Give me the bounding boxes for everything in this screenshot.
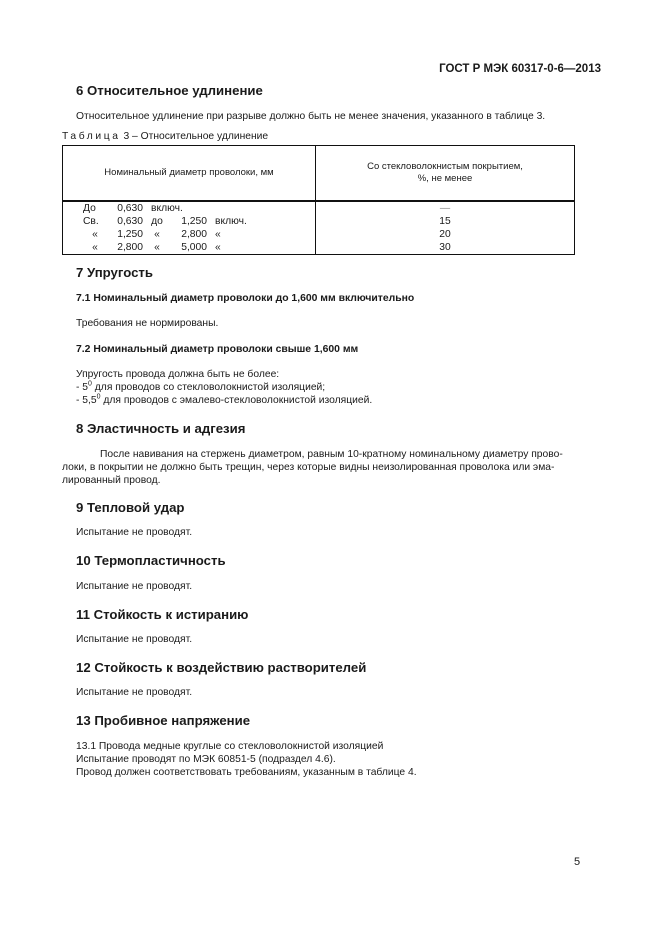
list-item-text: для проводов со стекловолокнистой изоляц… <box>92 382 325 393</box>
elongation-value: 30 <box>316 241 575 255</box>
section-8-line-3: лированный провод. <box>62 475 160 486</box>
subsection-7-2-title: 7.2 Номинальный диаметр проволоки свыше … <box>76 344 358 355</box>
subsection-7-1-text: Требования не нормированы. <box>76 318 218 329</box>
diameter-cell: До0,630включ. <box>63 201 316 215</box>
section-11-title: 11 Стойкость к истиранию <box>76 607 248 622</box>
header-glass-fiber-coating: Со стекловолокнистым покрытием, %, не ме… <box>316 146 575 202</box>
section-6-text: Относительное удлинение при разрыве долж… <box>76 111 545 122</box>
subsection-7-1-title: 7.1 Номинальный диаметр проволоки до 1,6… <box>76 293 414 304</box>
range-from: 0,630 <box>107 202 143 215</box>
section-13-line-3: Провод должен соответствовать требования… <box>76 767 417 778</box>
list-item-text: для проводов с эмалево-стекловолокнистой… <box>101 395 373 406</box>
page-number: 5 <box>574 856 580 868</box>
range-prefix: До <box>63 202 107 215</box>
table-row: «1,250«2,800« 20 <box>63 228 575 241</box>
list-item: - 50 для проводов со стекловолокнистой и… <box>76 382 325 393</box>
elongation-table: Номинальный диаметр проволоки, мм Со сте… <box>62 145 575 255</box>
range-suffix: « <box>207 228 221 241</box>
section-12-text: Испытание не проводят. <box>76 687 192 698</box>
range-from: 2,800 <box>107 241 143 254</box>
table-caption-prefix: Таблица <box>62 131 121 142</box>
header-line-1: Со стекловолокнистым покрытием, <box>317 161 573 173</box>
range-suffix: « <box>207 241 221 254</box>
range-to: 2,800 <box>171 228 207 241</box>
diameter-cell: Св.0,630до1,250включ. <box>63 215 316 228</box>
table-row: «2,800«5,000« 30 <box>63 241 575 255</box>
header-line-2: %, не менее <box>317 173 573 185</box>
table-3-caption: Таблица 3 – Относительное удлинение <box>62 131 268 142</box>
range-from: 1,250 <box>107 228 143 241</box>
section-9-text: Испытание не проводят. <box>76 527 192 538</box>
table-row: Св.0,630до1,250включ. 15 <box>63 215 575 228</box>
section-13-title: 13 Пробивное напряжение <box>76 713 250 728</box>
section-10-title: 10 Термопластичность <box>76 553 226 568</box>
section-13-line-2: Испытание проводят по МЭК 60851-5 (подра… <box>76 754 336 765</box>
range-mid: до <box>143 215 171 228</box>
elongation-value: — <box>316 201 575 215</box>
section-13-line-1: 13.1 Провода медные круглые со стекловол… <box>76 741 383 752</box>
range-from: 0,630 <box>107 215 143 228</box>
table-row: До0,630включ. — <box>63 201 575 215</box>
subsection-7-2-intro: Упругость провода должна быть не более: <box>76 369 279 380</box>
range-to: 5,000 <box>171 241 207 254</box>
range-to: 1,250 <box>171 215 207 228</box>
section-8-title: 8 Эластичность и адгезия <box>76 421 245 436</box>
section-9-title: 9 Тепловой удар <box>76 500 184 515</box>
elongation-value: 20 <box>316 228 575 241</box>
header-nominal-diameter: Номинальный диаметр проволоки, мм <box>63 146 316 202</box>
elongation-value: 15 <box>316 215 575 228</box>
range-suffix: включ. <box>143 202 183 215</box>
list-item: - 5,50 для проводов с эмалево-стекловоло… <box>76 395 372 406</box>
range-mid: « <box>143 228 171 241</box>
section-6-title: 6 Относительное удлинение <box>76 83 263 98</box>
diameter-cell: «2,800«5,000« <box>63 241 316 255</box>
table-caption-title: 3 – Относительное удлинение <box>121 131 269 142</box>
range-prefix: « <box>63 241 107 254</box>
section-8-line-1: После навивания на стержень диаметром, р… <box>100 449 563 460</box>
range-prefix: « <box>63 228 107 241</box>
section-7-title: 7 Упругость <box>76 265 153 280</box>
range-mid: « <box>143 241 171 254</box>
table-header-row: Номинальный диаметр проволоки, мм Со сте… <box>63 146 575 202</box>
section-12-title: 12 Стойкость к воздействию растворителей <box>76 660 366 675</box>
range-suffix: включ. <box>207 215 247 228</box>
section-11-text: Испытание не проводят. <box>76 634 192 645</box>
list-item-value: - 5,5 <box>76 395 97 406</box>
section-8-line-2: локи, в покрытии не должно быть трещин, … <box>62 462 554 473</box>
section-10-text: Испытание не проводят. <box>76 581 192 592</box>
list-item-value: - 5 <box>76 382 88 393</box>
range-prefix: Св. <box>63 215 107 228</box>
diameter-cell: «1,250«2,800« <box>63 228 316 241</box>
document-code: ГОСТ Р МЭК 60317-0-6—2013 <box>439 63 601 75</box>
